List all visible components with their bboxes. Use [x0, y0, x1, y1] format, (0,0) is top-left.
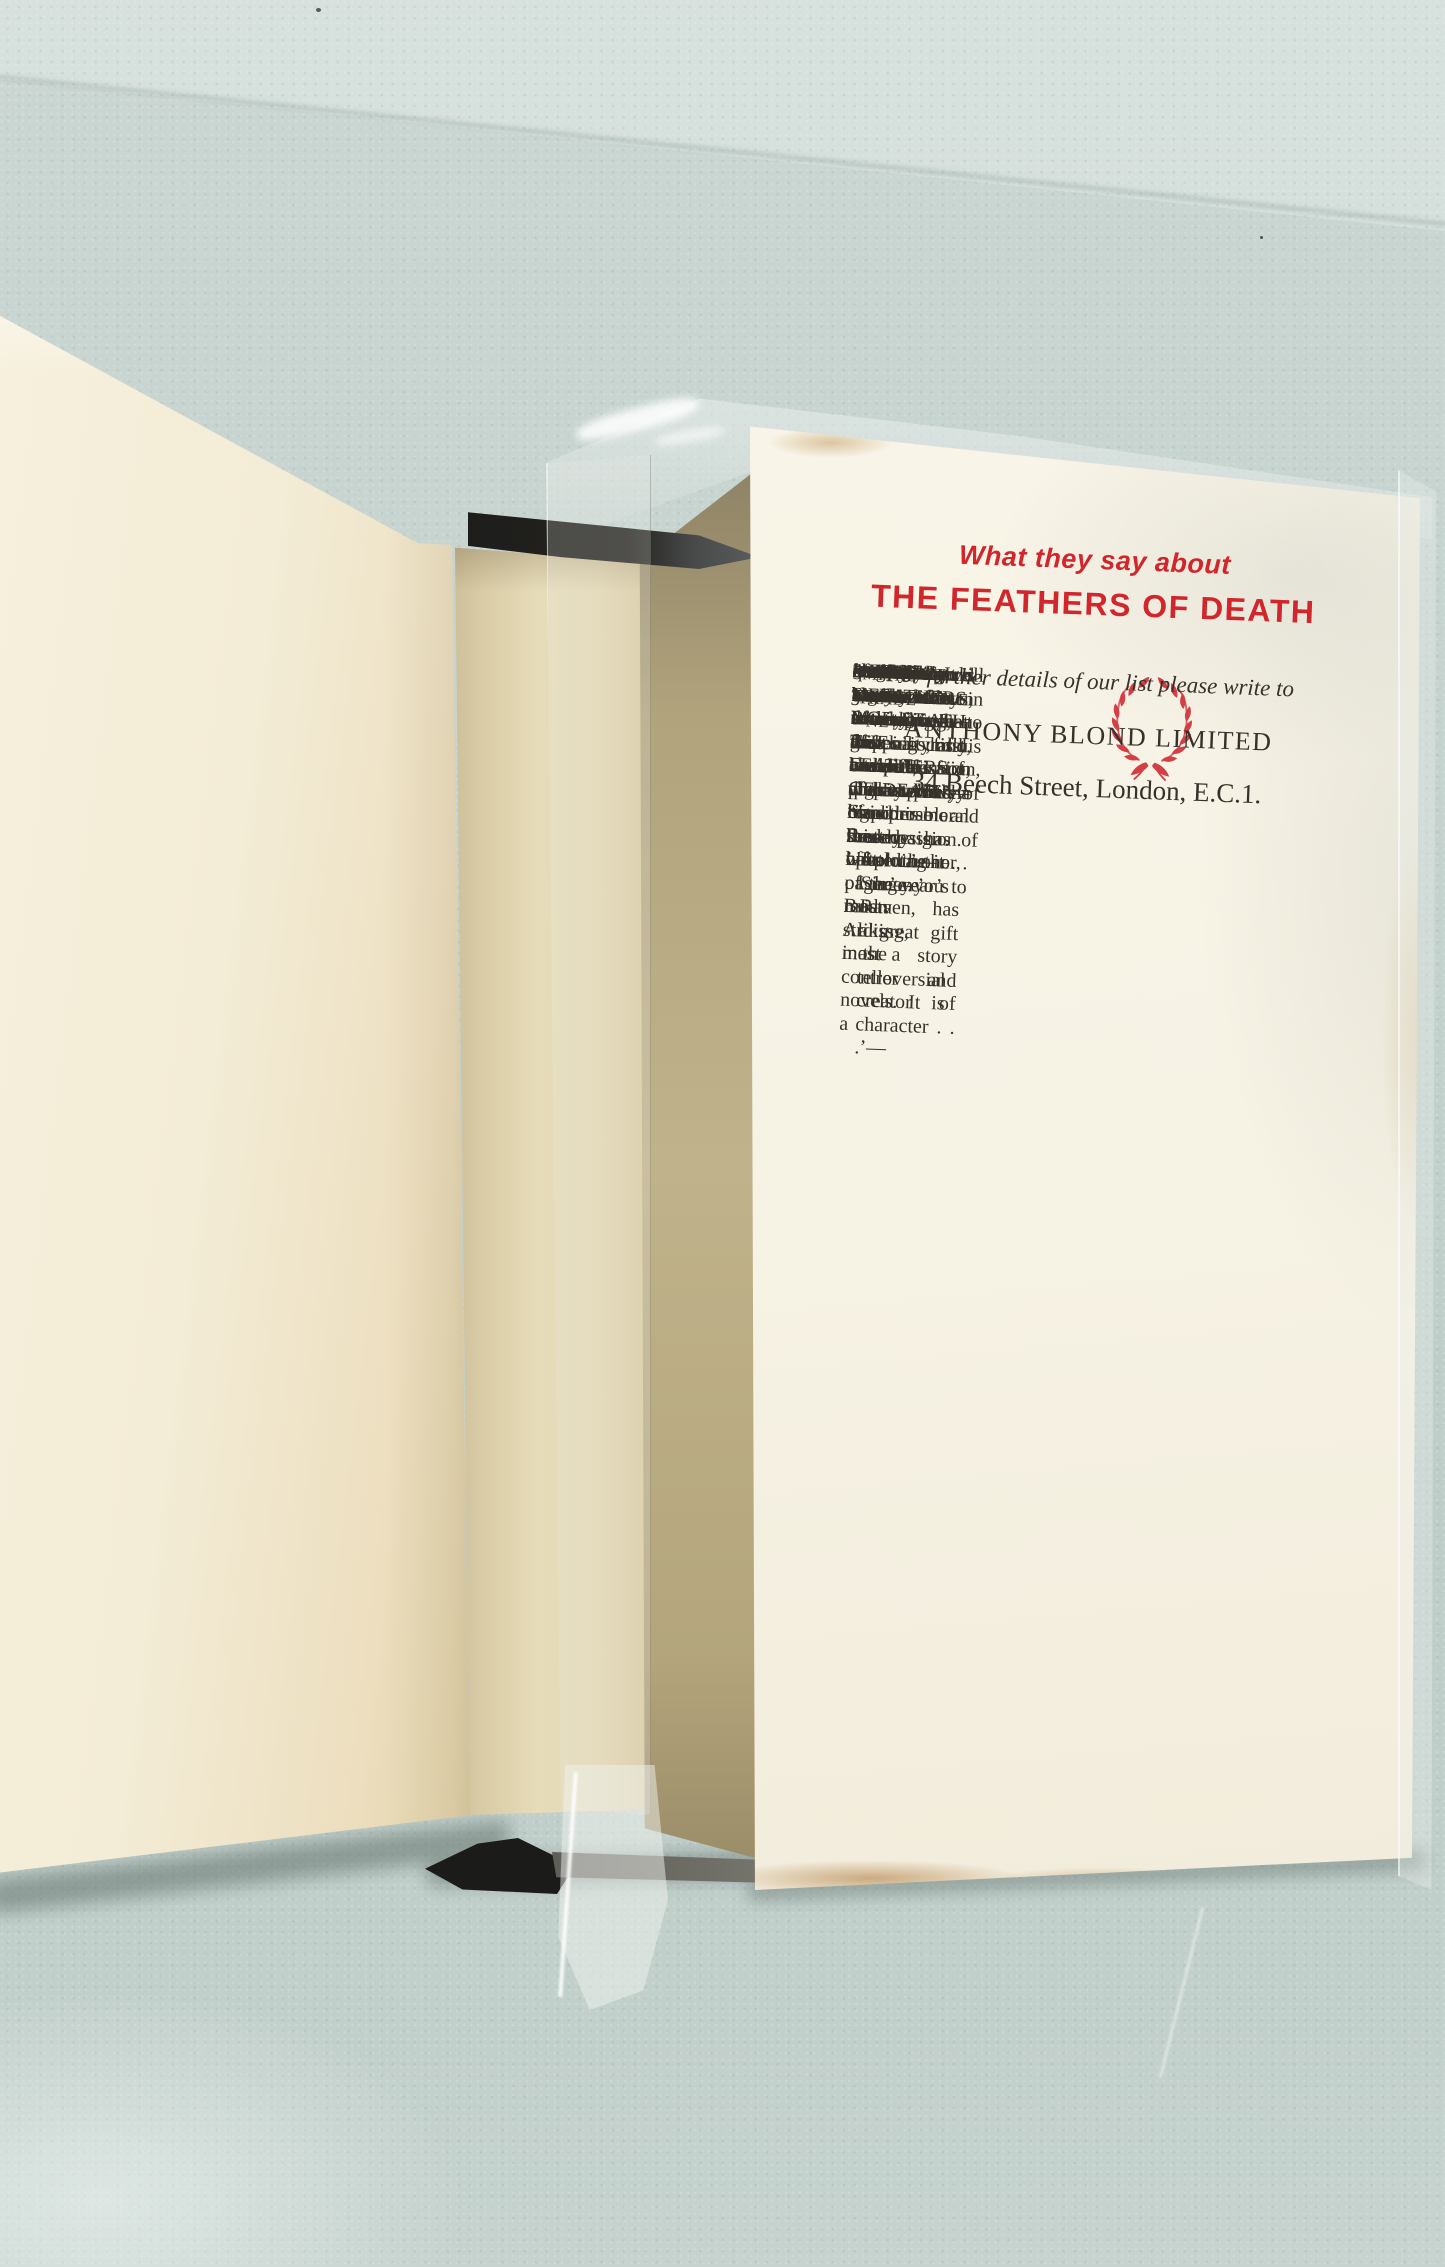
dust-speck — [316, 8, 321, 12]
mylar-cover-right-edge — [1398, 470, 1436, 1890]
flap-title: THE FEATHERS OF DEATH — [848, 577, 1339, 632]
flap-kicker: What they say about — [850, 536, 1341, 585]
left-endpaper-page — [0, 300, 480, 1890]
flap-printed-content: What they say about THE FEATHERS OF DEAT… — [695, 412, 1421, 1901]
mylar-cover-gutter — [546, 455, 651, 1815]
photo-scene: What they say about THE FEATHERS OF DEAT… — [0, 0, 1445, 2267]
dust-jacket-flap: What they say about THE FEATHERS OF DEAT… — [750, 425, 1422, 1890]
gutter-shadow-column — [636, 462, 761, 1862]
dust-speck — [1260, 236, 1263, 239]
